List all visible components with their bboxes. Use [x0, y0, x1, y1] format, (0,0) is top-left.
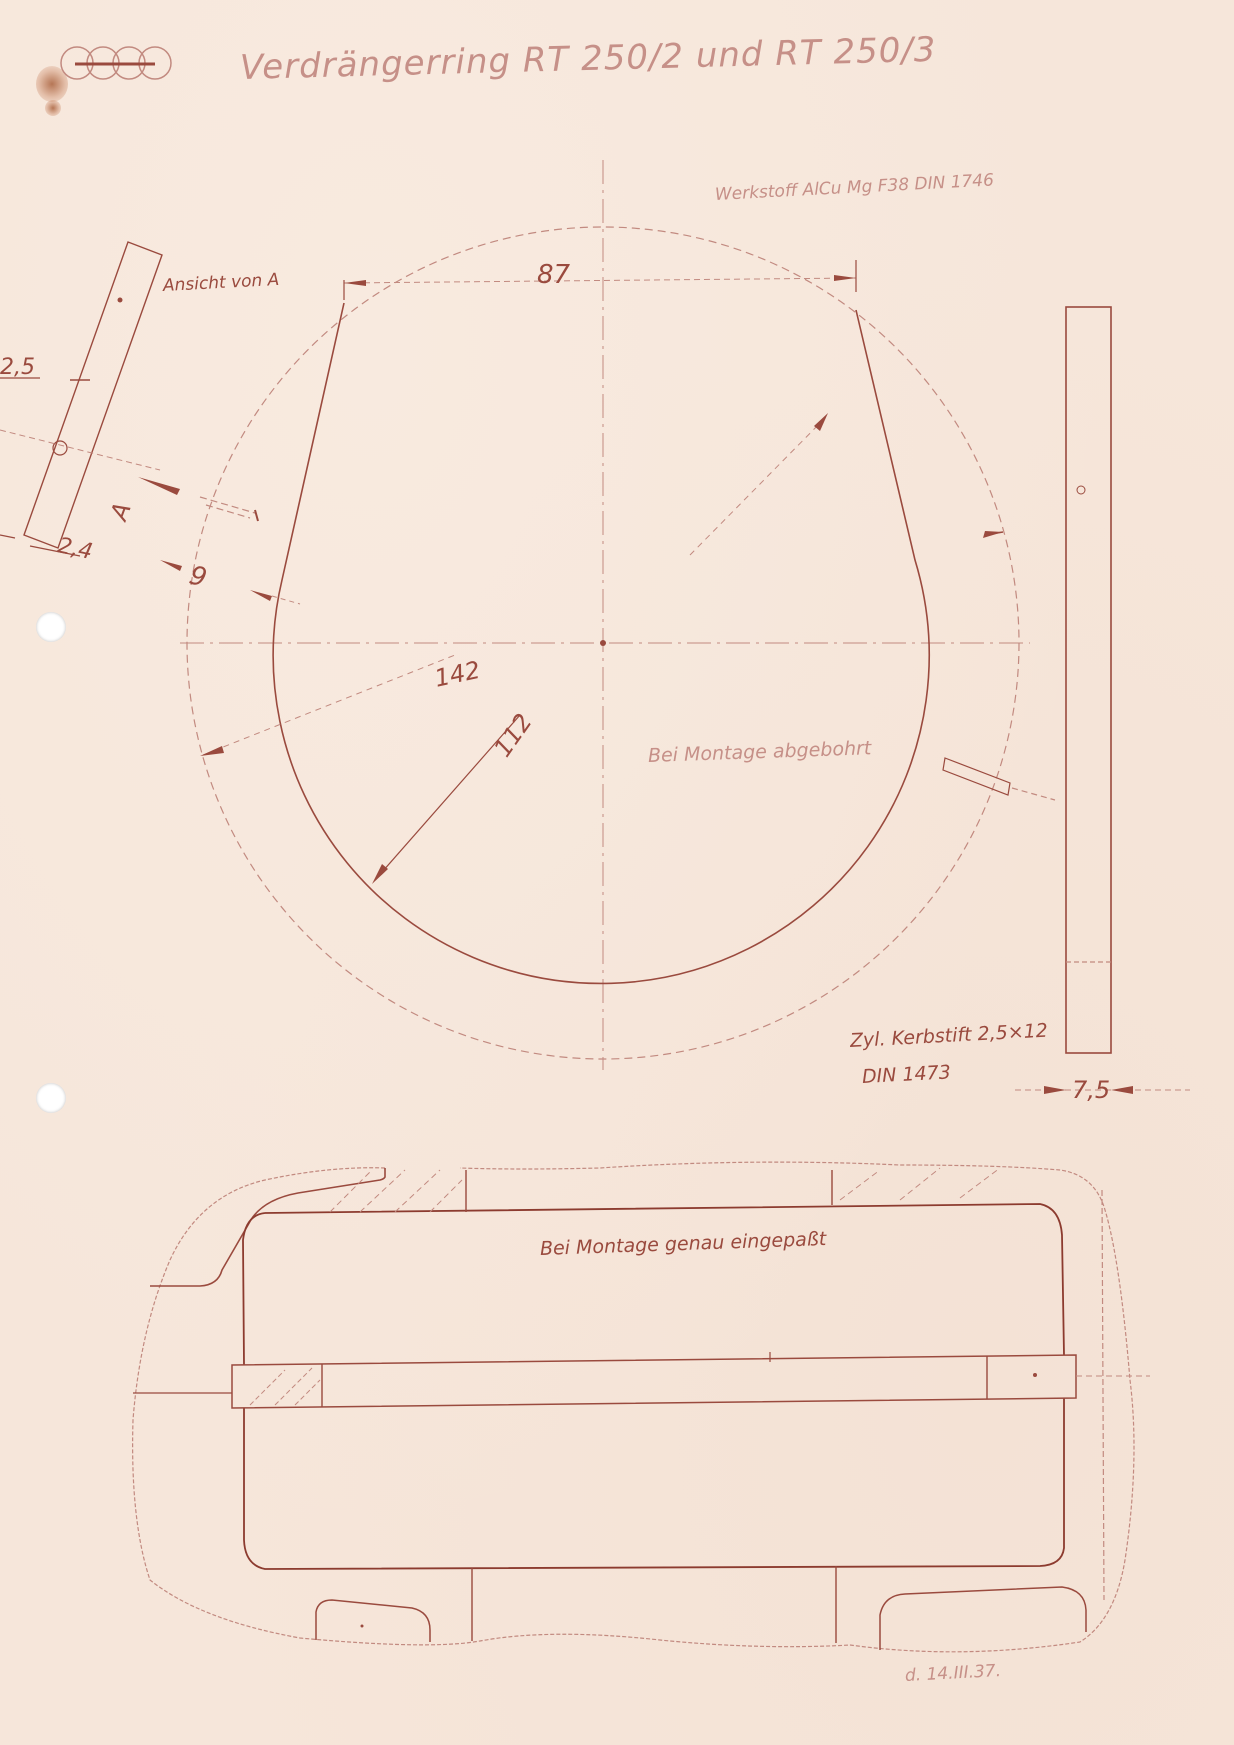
dimension-hole-distance: 2,5	[0, 355, 35, 380]
technical-drawing	[0, 0, 1234, 1745]
view-a-strip	[0, 242, 300, 604]
pin-icon-right	[943, 758, 1055, 800]
four-rings-logo	[61, 47, 171, 79]
dimension-top-width: 87	[537, 260, 570, 290]
top-view-ring	[180, 160, 1055, 1070]
dimension-strip-thickness: 7,5	[1072, 1076, 1110, 1104]
pin-spec-line2: DIN 1473	[861, 1061, 951, 1088]
side-strip	[1015, 307, 1190, 1094]
